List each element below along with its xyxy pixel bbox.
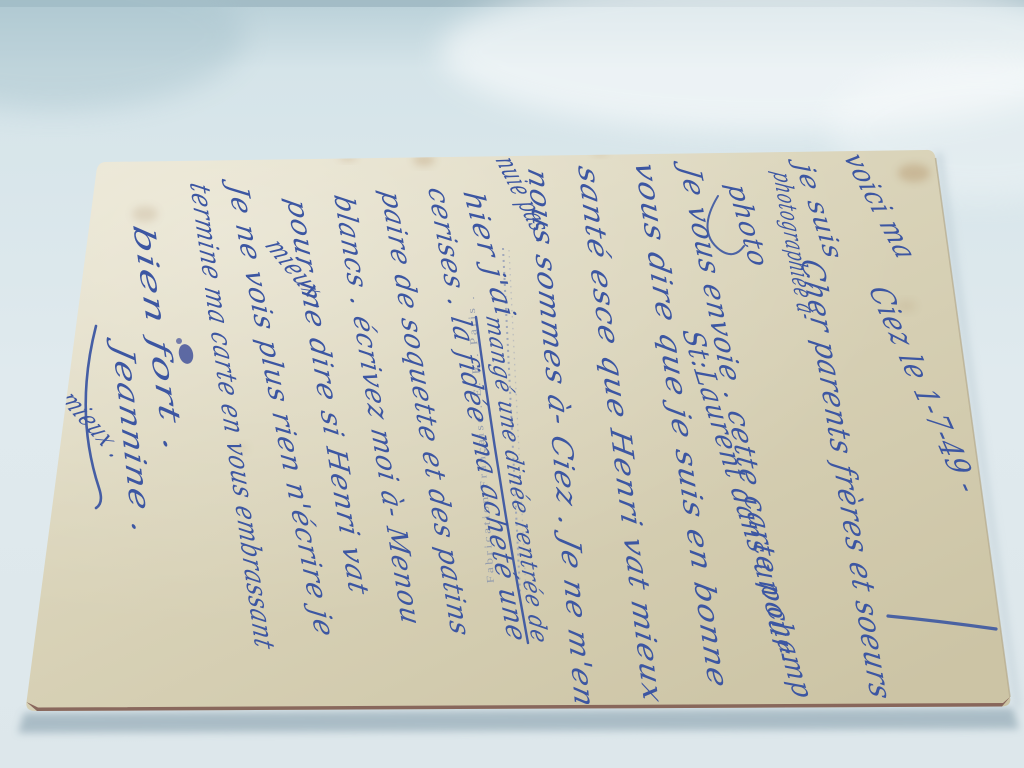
postcard-photo: Fabrication Française . E. R . Paris . C…	[0, 0, 1024, 768]
photo-canvas: Fabrication Française . E. R . Paris . C…	[0, 0, 1024, 768]
